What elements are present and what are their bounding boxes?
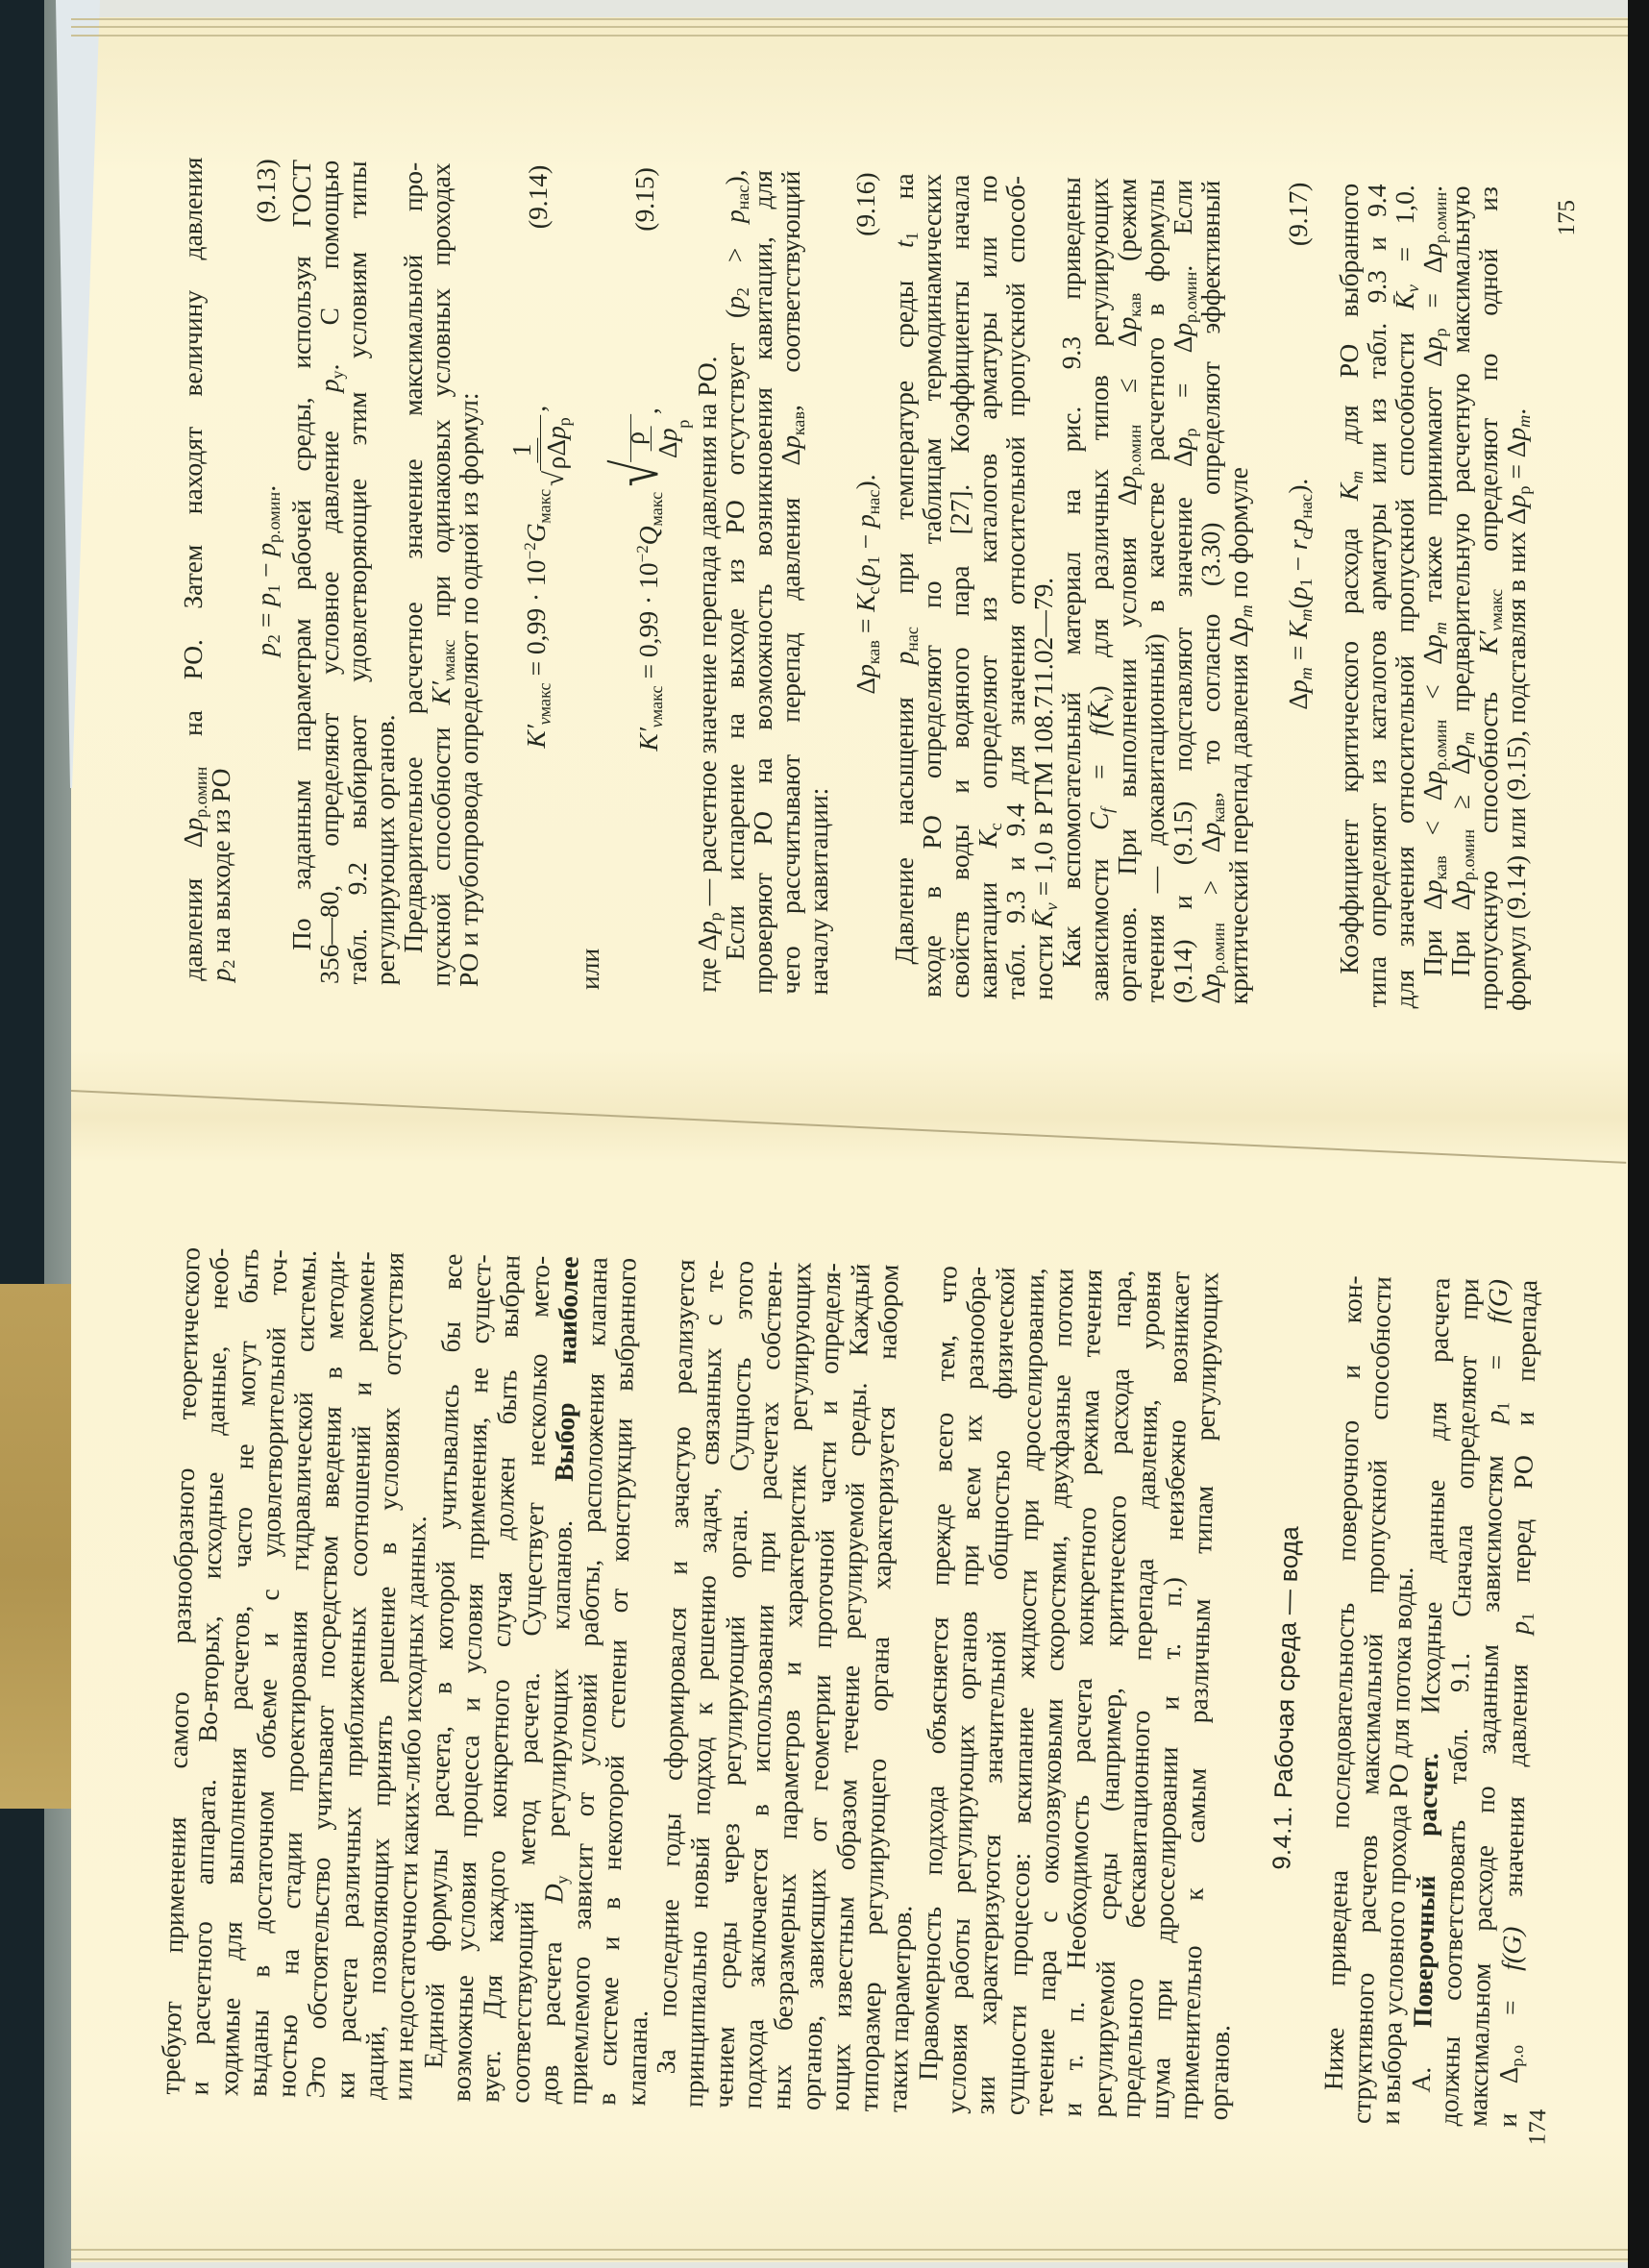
text-run: где Δ [692,934,722,993]
text-run: на РО. Затем находят величину давления [178,157,208,767]
math-variable: K [972,830,1002,849]
text-run: для значения относительной пропускной сп… [1390,309,1419,1008]
math-operator: − [1282,550,1312,579]
text-line: табл. 9.2 выбирают удовлетворяющие этим … [343,160,371,985]
page-stack-edge [71,2258,1628,2260]
math-subscript: с [863,586,882,595]
text-run: на [889,173,919,232]
text-run: чего рассчитывают перепад давления Δ [775,448,805,995]
text-run: определяют из каталогов арматуры или по [972,175,1002,823]
text-run: > [720,223,750,288]
math-variable: p [849,514,879,528]
math-variable: p [540,426,570,439]
math-subscript: нас [863,489,882,514]
text-run: ≤ Δ [1112,330,1142,425]
math-operator: ). [1282,478,1312,494]
math-variable: v [533,717,553,726]
book-cover-edge [0,1284,71,1809]
math-subscript: макс [533,489,553,524]
formula: K′vмакс = 0,99 · 10−2Gмакс1√ρΔpр, [505,405,571,749]
math-variable: p [720,210,750,223]
text-run: по формуле [1223,467,1253,605]
text-run: при одинаковых условных проходах [426,162,455,640]
text-line: давления Δpр.омин на РО. Затем находят в… [179,157,207,981]
math-subscript: m [1514,415,1534,429]
text-run: = Δ [1417,256,1447,328]
page-stack-edge [71,2249,1628,2251]
text-run: пускной способности [426,704,455,987]
equation-9-14: K′vмакс = 0,99 · 10−2Gмакс1√ρΔpр,(9.14) [482,163,576,989]
math-variable: p [206,968,235,981]
equation-row: Δpm = Km(p1 − rсpнас).(9.17) [1282,182,1313,1006]
math-variable: p [1417,634,1447,648]
text-line: началу кавитации: [804,171,832,996]
equation-9-15: K′vмакс = 0,99 · 10−2Qмакс√ρΔpр,(9.15) [603,166,693,992]
text-run: Если испарение на выходе из РО отсутству… [720,308,750,960]
text-run: предварительную расчетную максимальную [1445,185,1475,732]
math-subscript: нас [1295,494,1315,519]
text-line: p2 на выходе из РО [207,158,234,982]
math-variable: p [849,564,879,578]
text-run: 356—80, определяют условное давление [314,392,344,984]
math-variable: p [775,435,805,449]
math-variable: p [1168,322,1197,335]
math-variable: K′ [1473,630,1503,654]
page-stack-edge [71,35,1628,37]
math-variable: K′ [426,681,455,705]
math-variable: p [692,921,722,934]
text-run: (режим [1112,178,1142,293]
text-run: < Δ [1417,783,1447,855]
text-line: Δpр.омин > Δpкав, то согласно (3.30) опр… [1196,180,1224,1004]
math-variable: p [1223,617,1253,630]
equation-9-13: p2 = p1 − pр.омин.(9.13) [234,158,287,982]
math-variable: p [1417,770,1447,783]
text-line: Коэффициент критического расхода Km для … [1335,183,1363,1007]
math-variable: p [1112,475,1142,488]
formula: p2 = p1 − pр.омин. [251,484,282,656]
text-run: ≥ Δ [1445,757,1475,829]
text-run: Δ [1195,986,1225,1003]
text-run: ) для различных типов регулирующих [1084,178,1114,695]
math-variable: p [251,643,281,656]
text-run: (9.14) и (9.15) подставляют значение Δ [1168,450,1197,1003]
math-variable: p [1480,1410,1510,1424]
equation-number: (9.13) [251,159,282,223]
math-variable: p [1282,518,1312,531]
text-run: = 1,0 в РТМ 108.711.02—79. [1028,577,1058,902]
text-line: для значения относительной пропускной сп… [1391,185,1418,1009]
math-symbol: Δ [1282,693,1312,710]
math-subscript: 1 [264,584,283,594]
math-subscript: макс [647,492,666,527]
math-symbol: ρΔ [540,439,570,470]
math-operator: = [251,605,281,634]
page-stack-edge [71,18,1628,20]
text-run: = [1084,735,1114,807]
text-line: регулирующих органов. [371,161,399,986]
text-run: и Δ [1491,2066,1523,2128]
math-operator: − [251,555,281,584]
math-variable: p [251,593,281,606]
math-variable: f [1084,728,1114,736]
math-variable: K̄ [1084,702,1114,720]
text-line: табл. 9.3 и 9.4 для значения относительн… [1001,176,1029,1000]
math-variable: p [1282,679,1312,693]
text-line: свойств воды и водяного пара [27]. Коэфф… [946,174,973,998]
math-variable: p [1417,336,1447,350]
text-run: давления Δ [178,830,208,981]
text-run: формул (9.14) или (9.15), подставляя в н… [1501,507,1531,1011]
text-line: кавитации Kс определяют из каталогов арм… [973,175,1001,999]
math-variable: G [520,523,550,543]
text-line: или [576,166,603,991]
text-line: пропускную способность K′vмакс определяю… [1474,186,1502,1011]
text-line: чего рассчитывают перепад давления Δpкав… [776,170,804,995]
math-variable: K̄ [1028,910,1058,928]
equation-number: (9.14) [523,164,554,229]
math-variable: p [251,542,281,555]
math-subscript: vмакс [647,685,666,727]
text-run: . [1417,185,1447,192]
math-variable: p [720,296,750,309]
math-operator: ( [1282,600,1312,609]
math-variable: t [889,240,919,248]
radicand: ρΔpр [539,415,571,472]
text-line: пускной способности K′vмакс при одинаков… [427,162,455,987]
page-stack-edge [71,26,1628,28]
text-run: макс [647,685,666,720]
text-run: ), [720,169,750,185]
text-run: При Δ [1445,893,1475,977]
math-subscript: р [1514,485,1534,495]
math-subscript: с [1295,531,1315,540]
fraction-numerator: 1 [505,437,538,463]
text-run: < Δ [1417,647,1447,719]
radicand: ρΔpр [630,413,663,462]
math-variable: p [1195,974,1225,987]
formula: K′vмакс = 0,99 · 10−2Qмакс√ρΔpр, [605,407,683,752]
square-root-icon: √ [605,460,669,488]
text-line: Давление насыщения pнас при температуре … [890,173,918,998]
math-variable: K [1334,482,1364,501]
text-run: Коэффициент критического расхода [1334,501,1364,974]
math-subscript: кав [789,411,808,436]
math-variable: p [1504,1620,1534,1635]
math-variable: K′ [520,725,550,749]
page-number: 175 [1530,187,1604,1013]
text-line: Предварительное расчетное значение макси… [399,161,427,986]
text-run: пропускную способность [1473,654,1503,1011]
text-run: для РО выбранного [1334,183,1364,471]
math-variable: p [1445,880,1475,894]
math-variable: p [314,379,344,392]
math-variable: Q [633,526,663,546]
square-root-icon: √ [539,471,571,487]
text-run: зависимости [1084,829,1114,1001]
math-variable: K [849,594,879,612]
math-variable: p [1445,744,1475,757]
scanner-background-bottom [1628,0,1649,2268]
text-line: По заданным параметрам рабочей среды, ис… [287,160,315,984]
text-run: также принимают Δ [1417,350,1447,623]
equation-row: Δpкав = Kс(p1 − pнас).(9.16) [849,172,880,997]
math-subscript: m [1295,608,1315,622]
text-line: типа определяют из каталогов арматуры ил… [1363,184,1391,1008]
math-subscript: vмакс [533,682,553,725]
text-run: При Δ [1417,893,1447,976]
math-operator: − [849,528,879,556]
text-line: РО и трубопровода определяют по одной из… [455,163,482,988]
math-variable: C [1084,812,1114,830]
equation-row: K′vмакс = 0,99 · 10−2Qмакс√ρΔpр,(9.15) [605,166,683,992]
text-line: ности K̄v = 1,0 в РТМ 108.711.02—79. [1029,176,1057,1000]
text-run: макс [533,682,553,717]
text-run: кавитации [972,848,1002,999]
math-operator: = 0,99 · 10 [520,559,550,683]
formula: Δpm = Km(p1 − rсpнас). [1282,478,1313,710]
fraction-denominator: √ρΔpр [538,415,571,487]
text-run: , соответствующий [775,170,805,411]
equation-9-16: Δpкав = Kс(p1 − pнас).(9.16) [832,172,890,997]
text-line: органов. При выполнении условия Δpр.омин… [1113,178,1141,1002]
formula: Δpкав = Kс(p1 − pнас). [849,474,880,695]
math-variable: p [1282,586,1312,600]
text-run: = [1494,1970,1526,2045]
math-variable: p [178,817,208,830]
text-run: ( [1084,720,1114,729]
fraction: 1√ρΔpр [505,414,571,487]
math-variable: K̄ [1390,292,1419,310]
text-run: = Δ [1168,335,1197,429]
math-operator: = 0,99 · 10 [633,562,663,686]
math-superscript: −2 [632,545,651,563]
text-run: = Δ [1501,440,1531,486]
math-variable: p [1501,494,1531,507]
text-run: = 1,0. [1390,185,1419,285]
math-subscript: р.омин [264,492,283,544]
math-operator: , [633,407,663,415]
math-variable: f(G) [1495,1926,1526,1971]
equation-row: K′vмакс = 0,99 · 10−2Gмакс1√ρΔpр,(9.14) [505,164,571,990]
math-superscript: −2 [520,542,538,560]
math-variable: D [538,1884,568,1904]
math-operator: = [849,611,879,640]
book-spread-scan: требуют применения самого разнообразного… [0,0,1649,2268]
text-run: . С помощью [314,160,344,370]
math-variable: r [1282,539,1312,550]
text-line: течения — докавитационный) в качестве ра… [1141,179,1169,1003]
equation-row: p2 = p1 − pр.омин.(9.13) [251,159,282,983]
text-line: где Δpр — расчетное значение перепада да… [693,168,721,993]
text-line: формул (9.14) или (9.15), подставляя в н… [1502,186,1530,1011]
text-run: . [1501,407,1531,415]
text-line: (9.14) и (9.15) подставляют значение Δpр… [1169,180,1196,1004]
math-variable: p [1168,436,1197,450]
math-variable: v [647,720,666,728]
page-175-text-column: давления Δpр.омин на РО. Затем находят в… [179,157,1604,1013]
math-subscript: m [1295,667,1315,680]
text-run: определяют по одной из [1473,186,1503,589]
math-variable: p [1112,316,1142,330]
text-run: критический перепад давления Δ [1223,630,1253,1005]
fraction: ρΔpр [619,418,682,458]
math-subscript: 2 [264,634,283,644]
math-subscript: 1 [863,555,882,565]
text-line: 356—80, определяют условное давление pу.… [315,160,343,984]
math-variable: p [1417,243,1447,257]
text-run: Давление насыщения [889,664,919,965]
scanner-background [0,0,44,2268]
text-run: . Если [1168,180,1197,272]
math-variable: p [849,664,879,678]
text-line: При Δpр.омин ≥ Δpm предварительную расче… [1446,185,1474,1010]
math-operator: , [520,405,550,412]
text-line: проверяют РО на возможность возникновени… [749,170,776,995]
math-symbol: Δ [849,677,879,694]
text-line: Если испарение на выходе из РО отсутству… [721,169,749,994]
equation-9-17: Δpm = Km(p1 − rсpнас).(9.17) [1252,182,1335,1007]
math-subscript: 1 [1295,578,1315,587]
math-variable: p [1195,822,1225,835]
math-variable: p [652,428,683,441]
math-subscript: р.о [1507,2045,1527,2067]
math-variable: p [1417,879,1447,893]
math-operator: ). [849,474,879,490]
math-subscript: р [554,417,573,427]
equation-number: (9.17) [1282,182,1313,246]
text-line: критический перепад давления Δpm по форм… [1224,181,1252,1005]
text-line: Как вспомогательный материал на рис. 9.3… [1057,177,1085,1001]
math-symbol: Δ [652,441,683,458]
math-operator: = [1282,638,1312,667]
text-run: = [1481,1323,1513,1402]
text-run: > Δ [1195,835,1225,923]
math-variable: f(G) [1483,1279,1514,1324]
text-run: при температуре среды [889,247,919,627]
equation-number: (9.15) [628,167,659,232]
math-variable: K [1282,621,1312,639]
text-run: ности [1028,927,1058,1000]
text-run: на выходе из РО [206,768,235,960]
text-run: А. [1405,2028,1437,2093]
math-variable: p [889,651,919,664]
math-operator: . [251,484,281,492]
text-run: , то согласно (3.30) определяют эффектив… [1195,180,1225,799]
text-line: входе в РО определяют по таблицам термод… [918,174,946,998]
math-variable: p [1501,427,1531,440]
text-run: органов. При выполнении условия Δ [1112,488,1142,1002]
page-174-text-column: требуют применения самого разнообразного… [156,1246,1575,2128]
text-line: зависимости Cf = f(K̄v) для различных ти… [1085,178,1113,1002]
text-run: — расчетное значение перепада давления н… [692,356,722,912]
math-subscript: 1 [1517,1613,1537,1622]
math-subscript: кав [863,640,882,665]
text-line: При Δpкав < Δpр.омин < Δpm также принима… [1418,185,1446,1009]
fraction-numerator: ρ [619,426,652,451]
math-operator: ( [849,578,879,587]
math-variable: K′ [633,727,663,752]
equation-number: (9.16) [849,172,880,236]
fraction-denominator: Δpр [652,419,683,458]
